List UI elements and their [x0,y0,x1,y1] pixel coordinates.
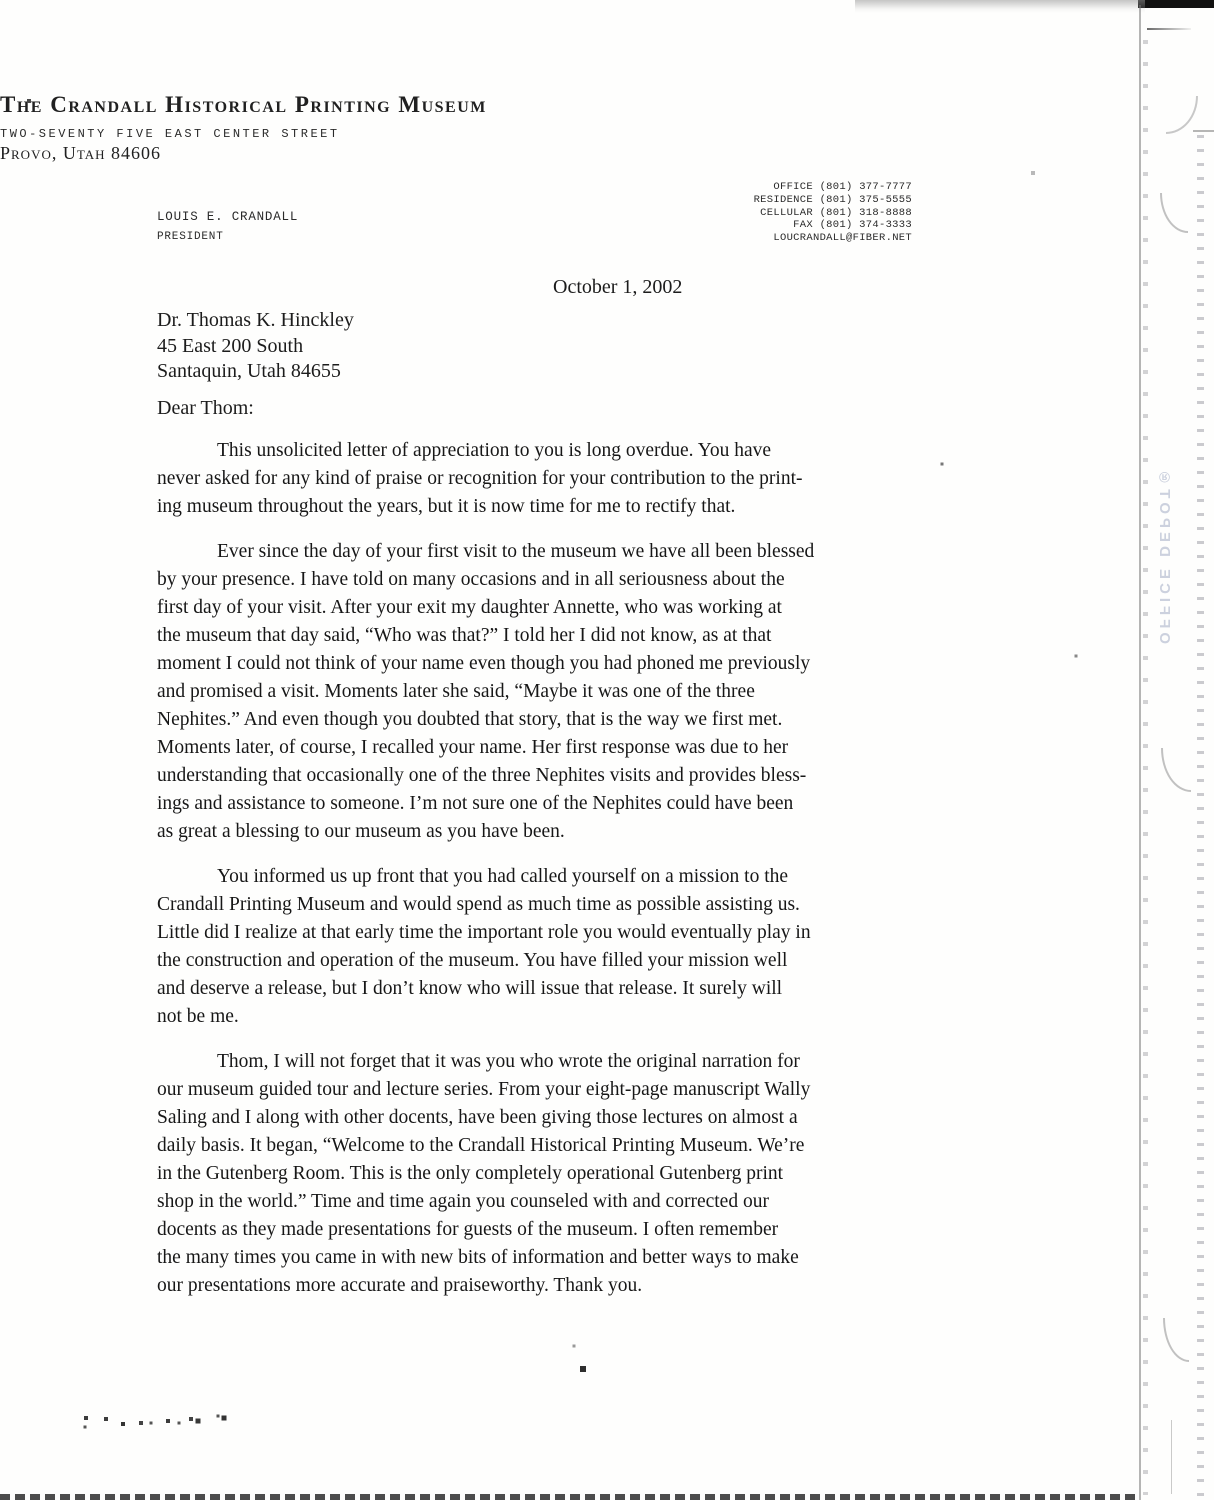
street-address: TWO-SEVENTY FIVE EAST CENTER STREET [0,127,1214,141]
contact-line-email: LOUCRANDALL@FIBER.NET [754,232,912,245]
perforation-ticks-inner [1143,40,1148,1495]
recipient-address: Dr. Thomas K. Hinckley 45 East 200 South… [157,308,354,385]
paragraph-4: Thom, I will not forget that it was you … [157,1048,987,1300]
page-edge-line [1139,5,1141,1500]
letter-body: This unsolicited letter of appreciation … [157,437,987,1317]
contact-line-cellular: CELLULAR (801) 318-8888 [754,207,912,220]
scan-corner-black-mark [1138,0,1214,8]
scan-specks [0,0,2,2]
binder-ring-mark [1161,748,1191,792]
museum-name: The Crandall Historical Printing Museum [0,92,1214,118]
letter-date: October 1, 2002 [553,276,682,299]
scanned-letter-page: The Crandall Historical Printing Museum … [0,0,1214,1500]
contact-line-fax: FAX (801) 374-3333 [754,219,912,232]
contact-block: OFFICE (801) 377-7777 RESIDENCE (801) 37… [754,181,912,245]
paragraph-2: Ever since the day of your first visit t… [157,538,987,846]
contact-line-office: OFFICE (801) 377-7777 [754,181,912,194]
perforation-ticks-outer [1197,135,1204,1500]
scan-edge-mark [1193,130,1214,132]
city-state-zip: Provo, Utah 84606 [0,143,1214,164]
binder-ring-mark [1163,1318,1189,1362]
binder-ring-mark [1160,193,1188,233]
sender-name: LOUIS E. CRANDALL [157,210,298,224]
scan-edge-mark [1147,28,1191,30]
scan-edge-mark [1171,1420,1172,1494]
scan-top-smudge [855,0,1145,13]
paragraph-1: This unsolicited letter of appreciation … [157,437,987,521]
contact-line-residence: RESIDENCE (801) 375-5555 [754,194,912,207]
salutation: Dear Thom: [157,397,254,420]
sender-block: LOUIS E. CRANDALL PRESIDENT [157,210,298,243]
bottom-perforation [0,1494,1138,1500]
office-depot-watermark: OFFICE DEPOT® [1156,394,1173,644]
paragraph-3: You informed us up front that you had ca… [157,863,987,1031]
sender-title: PRESIDENT [157,231,298,243]
